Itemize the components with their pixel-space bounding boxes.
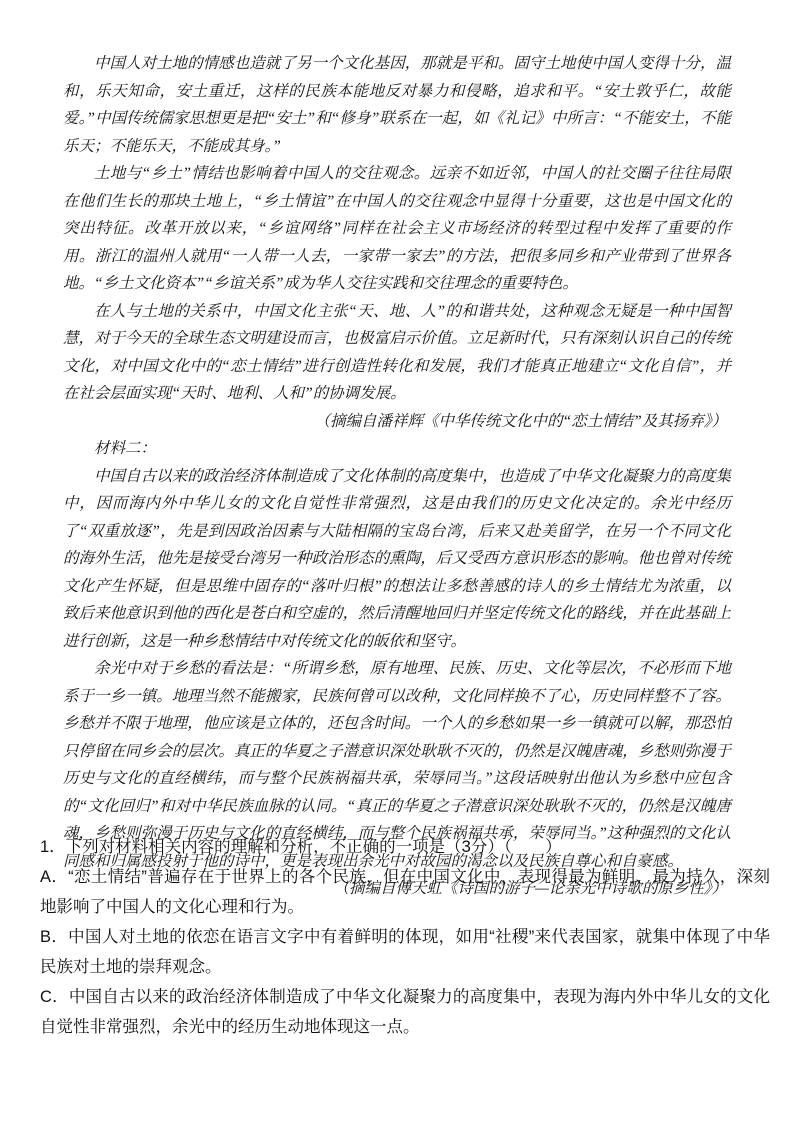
reading-materials: 中国人对土地的情感也造就了另一个文化基因，那就是平和。固守土地使中国人变得十分，… [63,50,731,903]
question-1-option-b: B．中国人对土地的依恋在语言文字中有着鲜明的体现，如用“社稷”来代表国家，就集中… [40,922,770,982]
question-section: 1．下列对材料相关内容的理解和分析，不正确的一项是（3分）（ ） A．“恋土情结… [40,832,770,1042]
material-one-citation: （摘编自潘祥辉《中华传统文化中的“恋土情结”及其扬弃》） [63,408,731,436]
material-one-paragraph-3: 在人与土地的关系中，中国文化主张“天、地、人”的和谐共处，这种观念无疑是一种中国… [63,298,731,408]
material-two-heading: 材料二： [63,435,731,463]
question-1-stem: 1．下列对材料相关内容的理解和分析，不正确的一项是（3分）（ ） [40,832,770,862]
material-two-paragraph-1: 中国自古以来的政治经济体制造成了文化体制的高度集中，也造成了中华文化凝聚力的高度… [63,463,731,656]
material-one-section: 中国人对土地的情感也造就了另一个文化基因，那就是平和。固守土地使中国人变得十分，… [63,50,731,435]
material-one-paragraph-1: 中国人对土地的情感也造就了另一个文化基因，那就是平和。固守土地使中国人变得十分，… [63,50,731,160]
document-page: 中国人对土地的情感也造就了另一个文化基因，那就是平和。固守土地使中国人变得十分，… [0,0,794,1123]
question-1-option-a: A．“恋土情结”普遍存在于世界上的各个民族，但在中国文化中，表现得最为鲜明、最为… [40,862,770,922]
question-1-option-c: C．中国自古以来的政治经济体制造成了中华文化凝聚力的高度集中，表现为海内外中华儿… [40,982,770,1042]
material-one-paragraph-2: 土地与“乡土”情结也影响着中国人的交往观念。远亲不如近邻，中国人的社交圈子往往局… [63,160,731,298]
